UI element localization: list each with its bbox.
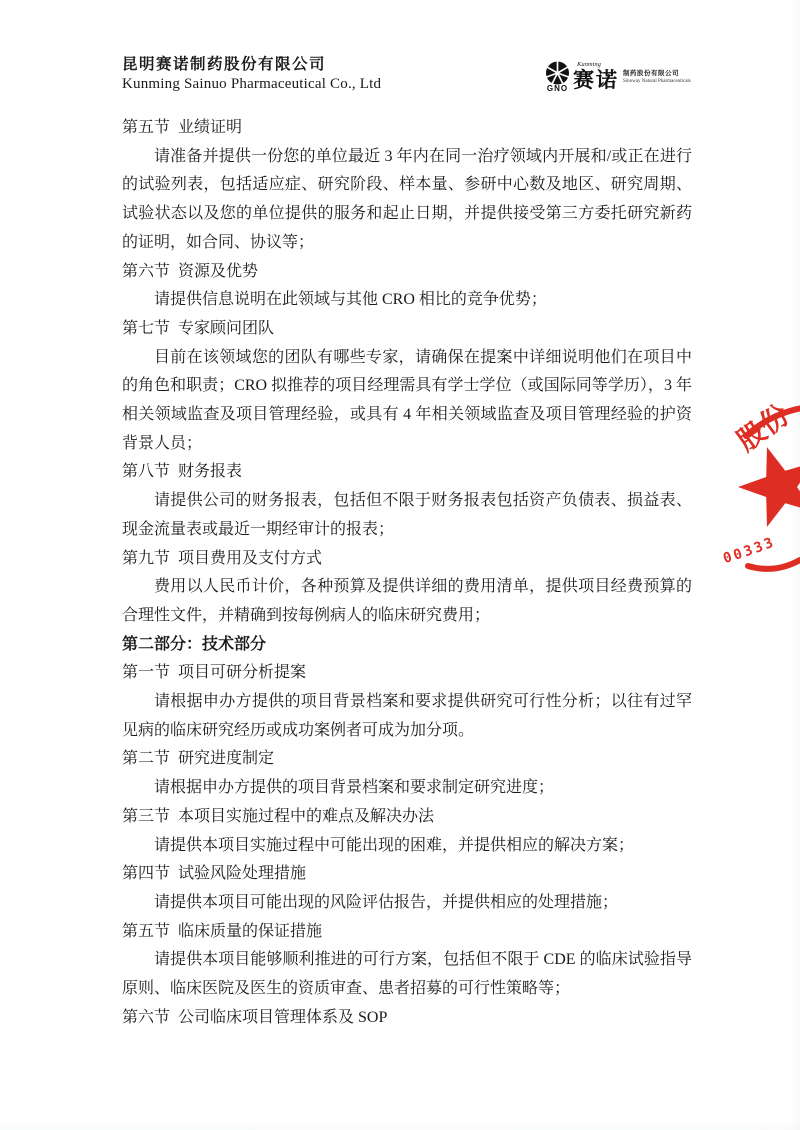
shutter-flower-icon bbox=[544, 60, 571, 87]
scanned-document-page: 昆明赛诺制药股份有限公司 Kunming Sainuo Pharmaceutic… bbox=[0, 0, 800, 1130]
paragraph: 请提供本项目能够顺利推进的可行方案，包括但不限于 CDE 的临床试验指导原则、临… bbox=[122, 946, 692, 1003]
section-heading: 第九节 项目费用及支付方式 bbox=[122, 545, 692, 574]
scan-edge-artifact bbox=[0, 1122, 800, 1130]
document-body: 第五节 业绩证明请准备并提供一份您的单位最近 3 年内在同一治疗领域内开展和/或… bbox=[122, 114, 692, 1033]
part-heading: 第二部分：技术部分 bbox=[122, 631, 692, 660]
section-heading: 第五节 临床质量的保证措施 bbox=[122, 918, 692, 947]
paragraph: 请提供本项目实施过程中可能出现的困难，并提供相应的解决方案； bbox=[122, 832, 692, 861]
section-heading: 第四节 试验风险处理措施 bbox=[122, 860, 692, 889]
logo-tagline-en: Sinoway Natural Pharmaceuticals bbox=[623, 78, 691, 85]
company-name-en: Kunming Sainuo Pharmaceutical Co., Ltd bbox=[122, 76, 381, 93]
company-logo: GNO Kunming 赛诺 制药股份有限公司 Sinoway Natural … bbox=[544, 60, 691, 93]
logo-brand-cn: 赛诺 bbox=[573, 68, 619, 92]
paragraph: 请提供本项目可能出现的风险评估报告，并提供相应的处理措施； bbox=[122, 889, 692, 918]
paragraph: 请提供公司的财务报表，包括但不限于财务报表包括资产负债表、损益表、现金流量表或最… bbox=[122, 487, 692, 544]
paragraph: 请准备并提供一份您的单位最近 3 年内在同一治疗领域内开展和/或正在进行的试验列… bbox=[122, 143, 692, 258]
seal-outer-arc-bottom bbox=[748, 560, 800, 569]
section-heading: 第七节 专家顾问团队 bbox=[122, 315, 692, 344]
section-heading: 第六节 资源及优势 bbox=[122, 258, 692, 287]
seal-serial-number: 00333 bbox=[721, 534, 777, 567]
seal-star-icon bbox=[738, 447, 800, 527]
company-name-cn: 昆明赛诺制药股份有限公司 bbox=[122, 52, 326, 74]
logo-mark-text: GNO bbox=[547, 84, 568, 93]
logo-taglines: 制药股份有限公司 Sinoway Natural Pharmaceuticals bbox=[623, 70, 691, 85]
section-heading: 第八节 财务报表 bbox=[122, 458, 692, 487]
section-heading: 第三节 本项目实施过程中的难点及解决办法 bbox=[122, 803, 692, 832]
red-company-seal: 股份 00333 bbox=[720, 392, 800, 582]
paragraph: 请提供信息说明在此领域与其他 CRO 相比的竞争优势； bbox=[122, 286, 692, 315]
paragraph: 请根据申办方提供的项目背景档案和要求制定研究进度； bbox=[122, 774, 692, 803]
paragraph: 费用以人民币计价，各种预算及提供详细的费用清单，提供项目经费预算的合理性文件，并… bbox=[122, 573, 692, 630]
seal-company-text: 股份 bbox=[731, 399, 795, 458]
logo-mark: GNO bbox=[544, 60, 571, 93]
paragraph: 请根据申办方提供的项目背景档案和要求提供研究可行性分析；以往有过罕见病的临床研究… bbox=[122, 688, 692, 745]
section-heading: 第六节 公司临床项目管理体系及 SOP bbox=[122, 1004, 692, 1033]
logo-tagline-cn: 制药股份有限公司 bbox=[623, 70, 691, 78]
section-heading: 第五节 业绩证明 bbox=[122, 114, 692, 143]
logo-brand: Kunming 赛诺 bbox=[573, 62, 619, 92]
paragraph: 目前在该领域您的团队有哪些专家，请确保在提案中详细说明他们在项目中的角色和职责；… bbox=[122, 344, 692, 459]
section-heading: 第一节 项目可研分析提案 bbox=[122, 659, 692, 688]
section-heading: 第二节 研究进度制定 bbox=[122, 745, 692, 774]
